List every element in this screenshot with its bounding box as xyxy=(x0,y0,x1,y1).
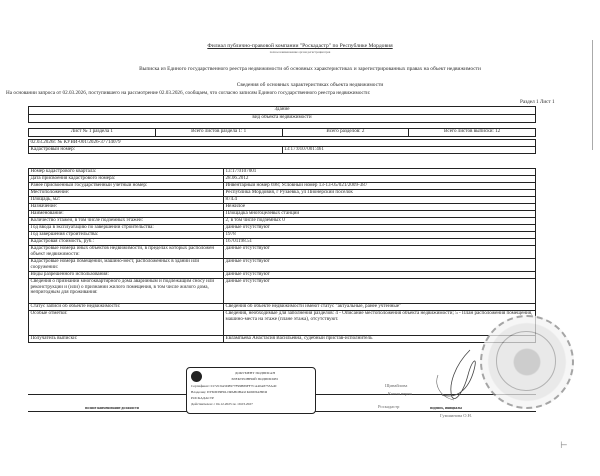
row-key: Количество этажей, в том числе подземных… xyxy=(29,218,224,225)
copy-stamp-line: Копия верна xyxy=(388,391,412,396)
row-key: Площадь, м2: xyxy=(29,197,224,204)
row-key: Получатель выписки: xyxy=(29,336,224,343)
row-value: данные отсутствуют xyxy=(224,225,536,232)
table-row: Год ввода в эксплуатацию по завершении с… xyxy=(29,225,536,232)
esign-validity: Действителен: с 04.12.2025 по 19.03.2027 xyxy=(191,402,253,406)
table-row: Кадастровые номера иных объектов недвижи… xyxy=(29,246,536,259)
row-value: Инвентарный номер 698; Условный номер 13… xyxy=(224,183,536,190)
row-key: Дата присвоения кадастрового номера: xyxy=(29,176,224,183)
copy-stamp-line: Роскадастр xyxy=(378,404,399,409)
esign-line: ЭЛЕКТРОННОЙ ПОДПИСЬЮ xyxy=(231,377,278,381)
row-value: данные отсутствуют xyxy=(224,259,536,272)
signature-label: подпись, инициалы xyxy=(430,405,462,411)
table-row: Назначение:Нежилое xyxy=(29,204,536,211)
row-key: Кадастровые номера иных объектов недвижи… xyxy=(29,246,224,259)
row-value: данные отсутствуют xyxy=(224,279,536,304)
row-key: Виды разрешенного использования: xyxy=(29,272,224,279)
document-subtitle: Сведения об основных характеристиках объ… xyxy=(30,82,590,88)
sheet-info-table: Лист № 1 раздела 1 Всего листов раздела … xyxy=(28,128,536,137)
esign-certificate: Сертификат: 0172C9A5D8977F99B89FF7CA40A8… xyxy=(191,384,276,388)
table-row: Виды разрешенного использования:данные о… xyxy=(29,272,536,279)
object-type-table: Здание вид объекта недвижимости xyxy=(28,106,536,123)
row-key: Кадастровые номера помещений, машино-мес… xyxy=(29,259,224,272)
esign-owner-org: РОСКАДАСТР xyxy=(191,396,214,400)
section-sheet-label: Раздел 1 Лист 1 xyxy=(520,99,555,105)
table-row: Кадастровые номера помещений, машино-мес… xyxy=(29,259,536,272)
sections-total: Всего разделов: 2 xyxy=(282,129,409,137)
row-value: данные отсутствуют xyxy=(224,246,536,259)
object-type-label: вид объекта недвижимости xyxy=(29,115,536,123)
seal-inner-ring xyxy=(496,331,556,391)
table-row: Площадь, м2:874.4 xyxy=(29,197,536,204)
row-key: Наименование: xyxy=(29,211,224,218)
row-value: Нежилое xyxy=(224,204,536,211)
request-info-table: 02.03.2026г. № КУВИ-001/2026-37714079 Ка… xyxy=(28,139,536,154)
copy-stamp-line: Щинайлова xyxy=(385,383,407,388)
electronic-signature-stamp: ДОКУМЕНТ ПОДПИСАН ЭЛЕКТРОННОЙ ПОДПИСЬЮ С… xyxy=(186,367,316,414)
table-row: Получатель выписки:Евлампьева Анастасия … xyxy=(29,336,536,343)
table-row: Год завершения строительства:1978 xyxy=(29,232,536,239)
table-row: Сведения о признании многоквартирного до… xyxy=(29,279,536,304)
organization-name: Филиал публично-правовой компании "Роска… xyxy=(150,43,450,49)
table-row: Статус записи об объекте недвижимости:Св… xyxy=(29,304,536,311)
row-key: Особые отметки: xyxy=(29,311,224,336)
sheets-total: Всего листов выписки: 12 xyxy=(409,129,536,137)
table-row: Особые отметки:Сведения, необходимые для… xyxy=(29,311,536,336)
row-value: Республика Мордовия, г Рузаевка, ул Пион… xyxy=(224,190,536,197)
sheet-number: Лист № 1 раздела 1 xyxy=(29,129,156,137)
table-row: Наименование:Площадка многоцелевых станц… xyxy=(29,211,536,218)
handwritten-signature-icon xyxy=(430,345,500,405)
request-intro: На основании запроса от 02.03.2026, пост… xyxy=(6,90,370,96)
row-value: Площадка многоцелевых станций xyxy=(224,211,536,218)
copy-stamp-name: Гумшинова О.Н. xyxy=(440,413,472,418)
characteristics-table: Номер кадастрового квартала:13:17:010700… xyxy=(28,168,536,343)
table-row: Ранее присвоенный государственный учетны… xyxy=(29,183,536,190)
esign-line: ДОКУМЕНТ ПОДПИСАН xyxy=(235,371,275,375)
esign-owner: Владелец: ПУБЛИЧНО-ПРАВОВАЯ КОМПАНИЯ xyxy=(191,390,267,394)
row-value: Сведения, необходимые для заполнения раз… xyxy=(224,311,536,336)
row-value: 874.4 xyxy=(224,197,536,204)
emblem-icon xyxy=(191,371,202,382)
request-reference: 02.03.2026г. № КУВИ-001/2026-37714079 xyxy=(29,140,536,147)
organization-subtitle: полное наименование органа регистрации п… xyxy=(150,50,450,54)
row-value: 2, в том числе подземных 0 xyxy=(224,218,536,225)
row-key: Местоположение: xyxy=(29,190,224,197)
row-value: Сведения об объекте недвижимости имеют с… xyxy=(224,304,536,311)
row-value: 16701198.51 xyxy=(224,239,536,246)
margin-mark-icon: ⊢ xyxy=(560,440,568,451)
row-key: Год завершения строительства: xyxy=(29,232,224,239)
row-key: Кадастровая стоимость, руб.: xyxy=(29,239,224,246)
row-value: 28.06.2012 xyxy=(224,176,536,183)
document-title: Выписка из Единого государственного реес… xyxy=(30,66,590,72)
scan-edge-line xyxy=(592,40,593,150)
object-type: Здание xyxy=(29,107,536,115)
row-key: Год ввода в эксплуатацию по завершении с… xyxy=(29,225,224,232)
table-row: Номер кадастрового квартала:13:17:010700… xyxy=(29,169,536,176)
cadastral-number-label: Кадастровый номер: xyxy=(29,147,283,154)
row-value: 1978 xyxy=(224,232,536,239)
table-row: Кадастровая стоимость, руб.:16701198.51 xyxy=(29,239,536,246)
row-key: Номер кадастрового квартала: xyxy=(29,169,224,176)
row-value: данные отсутствуют xyxy=(224,272,536,279)
row-key: Сведения о признании многоквартирного до… xyxy=(29,279,224,304)
cadastral-number-value: 13:17:0107001:461 xyxy=(282,147,536,154)
row-key: Статус записи об объекте недвижимости: xyxy=(29,304,224,311)
row-key: Ранее присвоенный государственный учетны… xyxy=(29,183,224,190)
sheets-in-section: Всего листов раздела 1: 1 xyxy=(155,129,282,137)
table-row: Количество этажей, в том числе подземных… xyxy=(29,218,536,225)
row-key: Назначение: xyxy=(29,204,224,211)
table-row: Дата присвоения кадастрового номера:28.0… xyxy=(29,176,536,183)
row-value: 13:17:0107001 xyxy=(224,169,536,176)
table-row: Местоположение:Республика Мордовия, г Ру… xyxy=(29,190,536,197)
position-label: полное наименование должности xyxy=(85,405,139,411)
